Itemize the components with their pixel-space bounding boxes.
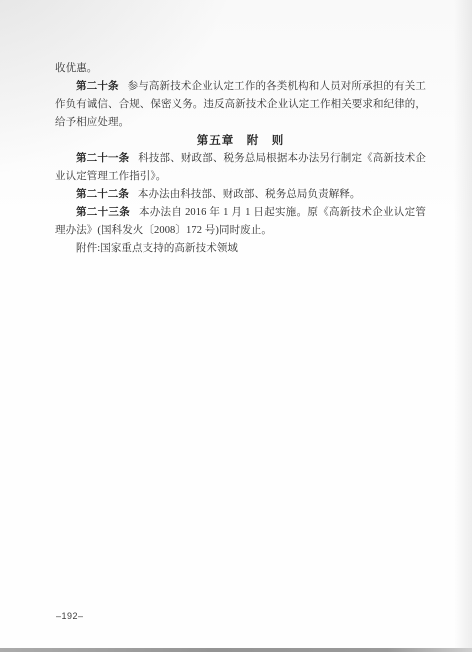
article-22-number: 第二十二条 bbox=[76, 189, 129, 200]
page-number: –192– bbox=[56, 610, 84, 622]
attachment-note: 附件:国家重点支持的高新技术领域 bbox=[55, 240, 426, 258]
article-23: 第二十三条本办法自 2016 年 1 月 1 日起实施。原《高新技术企业认定管理… bbox=[55, 204, 426, 240]
article-22: 第二十二条本办法由科技部、财政部、税务总局负责解释。 bbox=[55, 186, 426, 204]
article-23-number: 第二十三条 bbox=[76, 207, 130, 218]
article-21: 第二十一条科技部、财政部、税务总局根据本办法另行制定《高新技术企业认定管理工作指… bbox=[55, 150, 426, 186]
article-21-number: 第二十一条 bbox=[76, 153, 129, 164]
page-bottom-edge bbox=[0, 648, 472, 652]
article-20: 第二十条参与高新技术企业认定工作的各类机构和人员对所承担的有关工作负有诚信、合规… bbox=[55, 78, 426, 132]
article-20-number: 第二十条 bbox=[76, 81, 119, 92]
paragraph-continuation: 收优惠。 bbox=[55, 60, 426, 78]
chapter-heading: 第五章 附 则 bbox=[55, 132, 426, 150]
article-22-text: 本办法由科技部、财政部、税务总局负责解释。 bbox=[138, 189, 361, 200]
page-content: 收优惠。 第二十条参与高新技术企业认定工作的各类机构和人员对所承担的有关工作负有… bbox=[55, 60, 426, 258]
scanned-document-page: 收优惠。 第二十条参与高新技术企业认定工作的各类机构和人员对所承担的有关工作负有… bbox=[0, 0, 472, 652]
